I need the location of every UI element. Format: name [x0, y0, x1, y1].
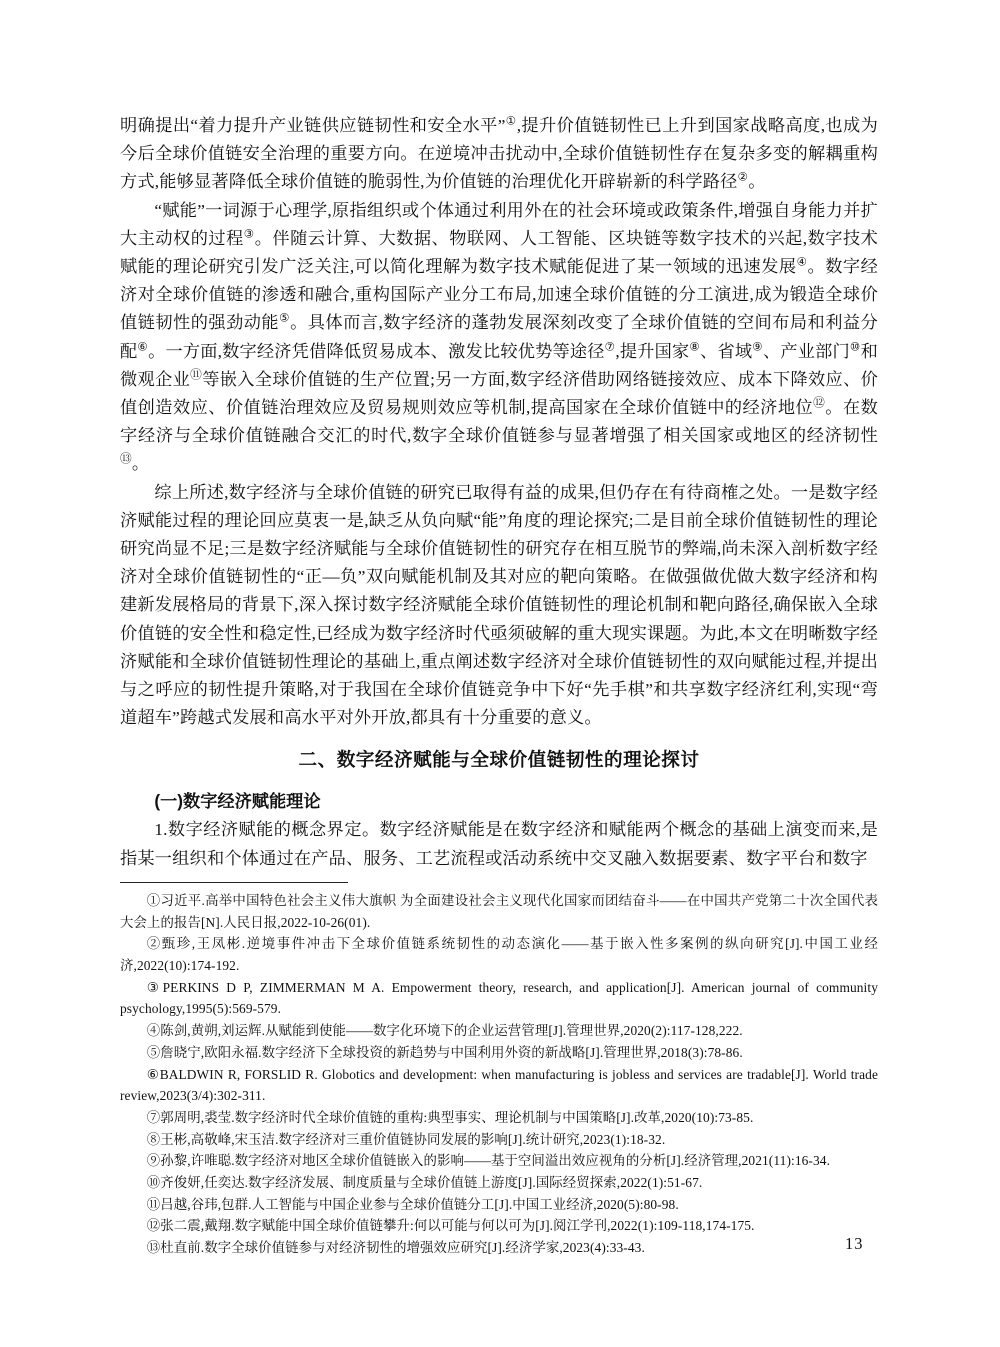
page-number: 13	[845, 1234, 864, 1254]
footnote-item-11: ⑪吕越,谷玮,包群.人工智能与中国企业参与全球价值链分工[J].中国工业经济,2…	[120, 1194, 878, 1216]
footnote-item-12: ⑫张二震,戴翔.数字赋能中国全球价值链攀升:何以可能与何以可为[J].阅江学刊,…	[120, 1215, 878, 1237]
footnote-item-5: ⑤詹晓宁,欧阳永福.数字经济下全球投资的新趋势与中国利用外资的新战略[J].管理…	[120, 1042, 878, 1064]
footnote-item-4: ④陈剑,黄朔,刘运辉.从赋能到使能——数字化环境下的企业运营管理[J].管理世界…	[120, 1020, 878, 1042]
footnote-item-13: ⑬杜直前.数字全球价值链参与对经济韧性的增强效应研究[J].经济学家,2023(…	[120, 1237, 878, 1259]
footnote-item-2: ②甄珍,王凤彬.逆境事件冲击下全球价值链系统韧性的动态演化——基于嵌入性多案例的…	[120, 933, 878, 976]
footnote-item-8: ⑧王彬,高敬峰,宋玉洁.数字经济对三重价值链协同发展的影响[J].统计研究,20…	[120, 1129, 878, 1151]
footnote-item-1: ①习近平.高举中国特色社会主义伟大旗帜 为全面建设社会主义现代化国家而团结奋斗—…	[120, 890, 878, 933]
footnote-item-10: ⑩齐俊妍,任奕达.数字经济发展、制度质量与全球价值链上游度[J].国际经贸探索,…	[120, 1172, 878, 1194]
body-paragraph-continuation: 明确提出“着力提升产业链供应链韧性和安全水平”①,提升价值链韧性已上升到国家战略…	[120, 112, 878, 197]
body-paragraph-definition: 1.数字经济赋能的概念界定。数字经济赋能是在数字经济和赋能两个概念的基础上演变而…	[120, 816, 878, 872]
footnote-item-9: ⑨孙黎,许唯聪.数字经济对地区全球价值链嵌入的影响——基于空间溢出效应视角的分析…	[120, 1150, 878, 1172]
paper-page: 明确提出“着力提升产业链供应链韧性和安全水平”①,提升价值链韧性已上升到国家战略…	[0, 0, 1000, 1347]
footnote-item-7: ⑦郭周明,裘莹.数字经济时代全球价值链的重构:典型事实、理论机制与中国策略[J]…	[120, 1107, 878, 1129]
footnote-separator	[120, 882, 348, 883]
section-heading: 二、数字经济赋能与全球价值链韧性的理论探讨	[120, 745, 878, 775]
footnote-item-3: ③PERKINS D P, ZIMMERMAN M A. Empowerment…	[120, 977, 878, 1020]
body-paragraph-summary: 综上所述,数字经济与全球价值链的研究已取得有益的成果,但仍存在有待商榷之处。一是…	[120, 479, 878, 733]
sub-heading: (一)数字经济赋能理论	[120, 787, 878, 816]
body-paragraph-empowerment: “赋能”一词源于心理学,原指组织或个体通过利用外在的社会环境或政策条件,增强自身…	[120, 197, 878, 479]
footnote-list: ①习近平.高举中国特色社会主义伟大旗帜 为全面建设社会主义现代化国家而团结奋斗—…	[120, 890, 878, 1259]
page-content: 明确提出“着力提升产业链供应链韧性和安全水平”①,提升价值链韧性已上升到国家战略…	[120, 112, 878, 1259]
footnote-item-6: ⑥BALDWIN R, FORSLID R. Globotics and dev…	[120, 1064, 878, 1107]
